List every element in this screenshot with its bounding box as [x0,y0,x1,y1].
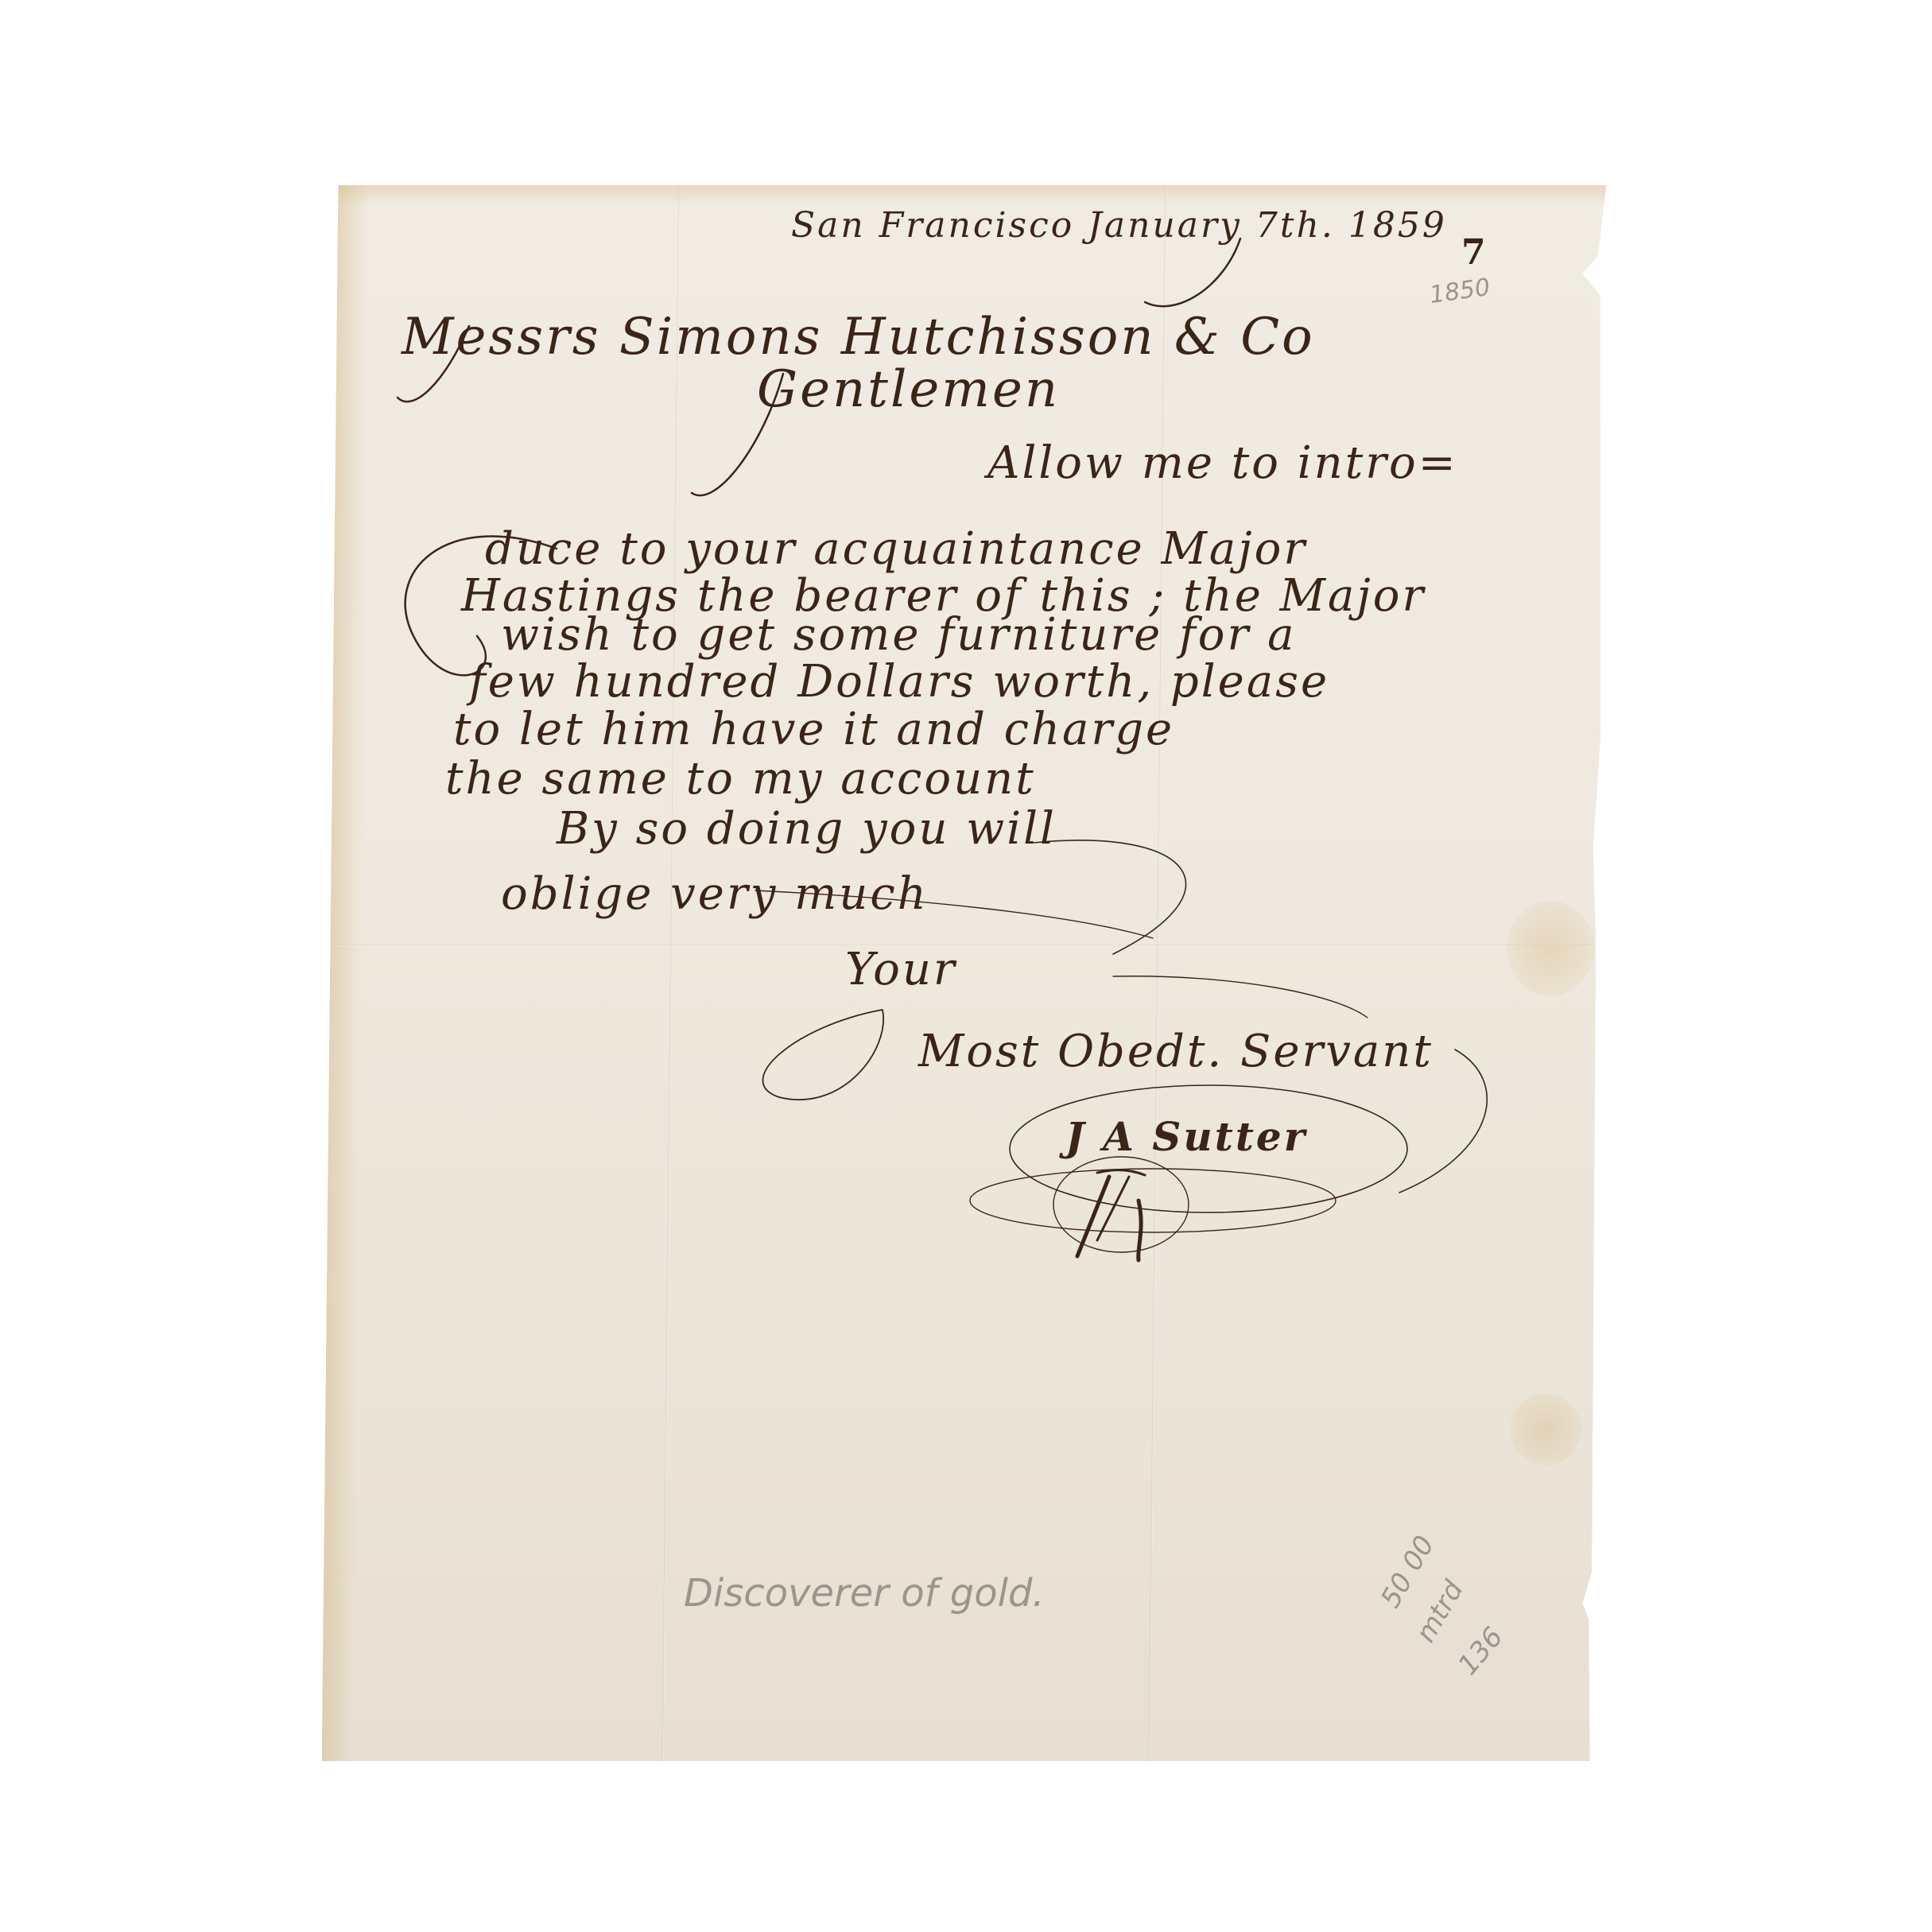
pencil-caption: Discoverer of gold. [684,1574,1045,1612]
pen-flourishes [0,0,1932,1932]
